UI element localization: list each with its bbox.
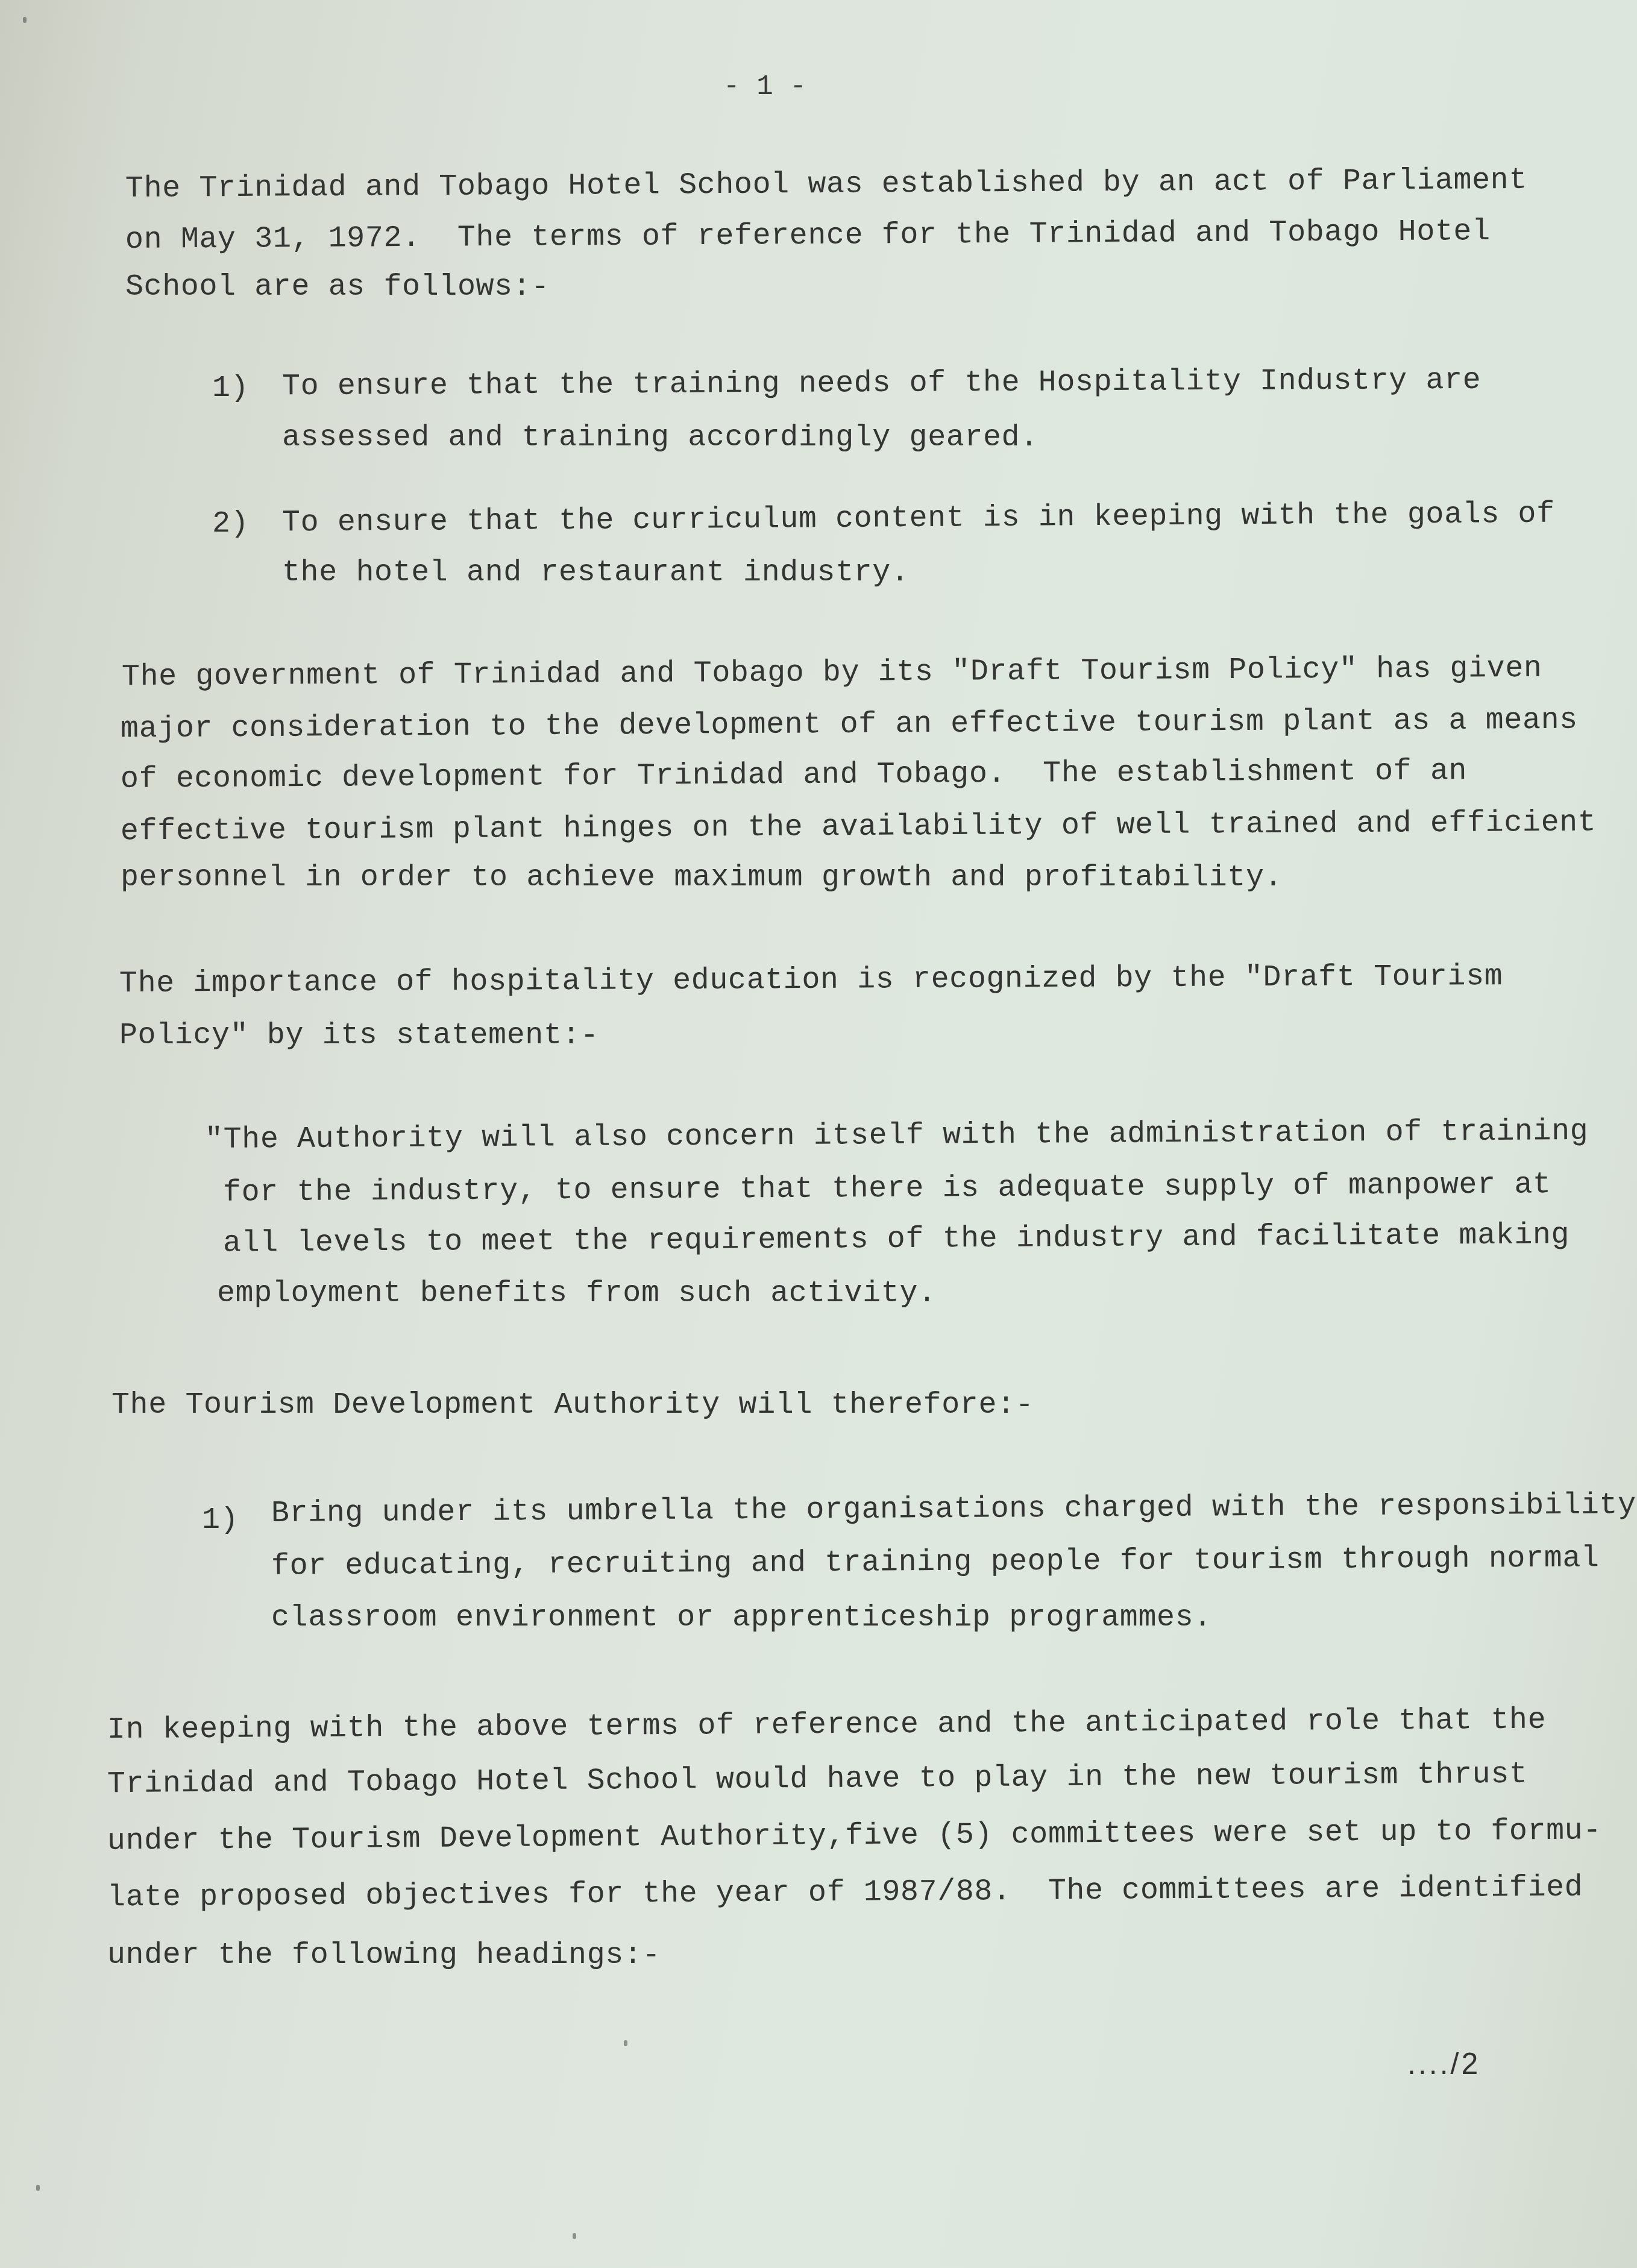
- page-number: - 1 -: [723, 71, 806, 102]
- paper-speck: [23, 17, 27, 23]
- quote-line-1: "The Authority will also concern itself …: [205, 1117, 1589, 1155]
- document-page: - 1 - The Trinidad and Tobago Hotel Scho…: [0, 0, 1637, 2268]
- term-2-number: 2): [212, 509, 249, 539]
- paper-speck: [573, 2233, 576, 2239]
- quote-line-3: all levels to meet the requirements of t…: [223, 1220, 1569, 1259]
- authority-item-1-number: 1): [202, 1506, 239, 1536]
- government-line-1: The government of Trinidad and Tobago by…: [122, 654, 1542, 693]
- term-2-line-2: the hotel and restaurant industry.: [282, 558, 910, 588]
- conclusion-line-1: In keeping with the above terms of refer…: [107, 1706, 1546, 1746]
- term-1-number: 1): [212, 374, 249, 404]
- conclusion-line-5: under the following headings:-: [107, 1941, 661, 1971]
- importance-line-1: The importance of hospitality education …: [119, 962, 1503, 999]
- authority-item-1-line-2: for educating, recruiting and training p…: [271, 1544, 1600, 1582]
- authority-intro: The Tourism Development Authority will t…: [112, 1390, 1034, 1421]
- conclusion-line-4: late proposed objectives for the year of…: [107, 1873, 1583, 1913]
- intro-line-2: on May 31, 1972. The terms of reference …: [125, 217, 1491, 256]
- government-line-4: effective tourism plant hinges on the av…: [121, 808, 1597, 847]
- government-line-5: personnel in order to achieve maximum gr…: [121, 863, 1283, 893]
- term-1-line-1: To ensure that the training needs of the…: [282, 366, 1481, 402]
- conclusion-line-2: Trinidad and Tobago Hotel School would h…: [107, 1760, 1528, 1800]
- authority-item-1-line-1: Bring under its umbrella the organisatio…: [271, 1491, 1636, 1529]
- importance-line-2: Policy" by its statement:-: [119, 1021, 599, 1051]
- term-1-line-2: assessed and training accordingly geared…: [282, 423, 1038, 453]
- paper-speck: [36, 2185, 40, 2191]
- quote-line-2: for the industry, to ensure that there i…: [223, 1170, 1551, 1208]
- intro-line-1: The Trinidad and Tobago Hotel School was…: [125, 166, 1527, 204]
- government-line-2: major consideration to the development o…: [121, 706, 1578, 745]
- quote-line-4: employment benefits from such activity.: [217, 1279, 937, 1309]
- authority-item-1-line-3: classroom environment or apprenticeship …: [271, 1603, 1212, 1633]
- conclusion-line-3: under the Tourism Development Authority,…: [107, 1816, 1601, 1856]
- continuation-marker: ..../2: [1407, 2046, 1480, 2081]
- term-2-line-1: To ensure that the curriculum content is…: [282, 500, 1555, 539]
- government-line-3: of economic development for Trinidad and…: [121, 756, 1467, 795]
- intro-line-3: School are as follows:-: [125, 272, 550, 303]
- paper-speck: [624, 2040, 627, 2046]
